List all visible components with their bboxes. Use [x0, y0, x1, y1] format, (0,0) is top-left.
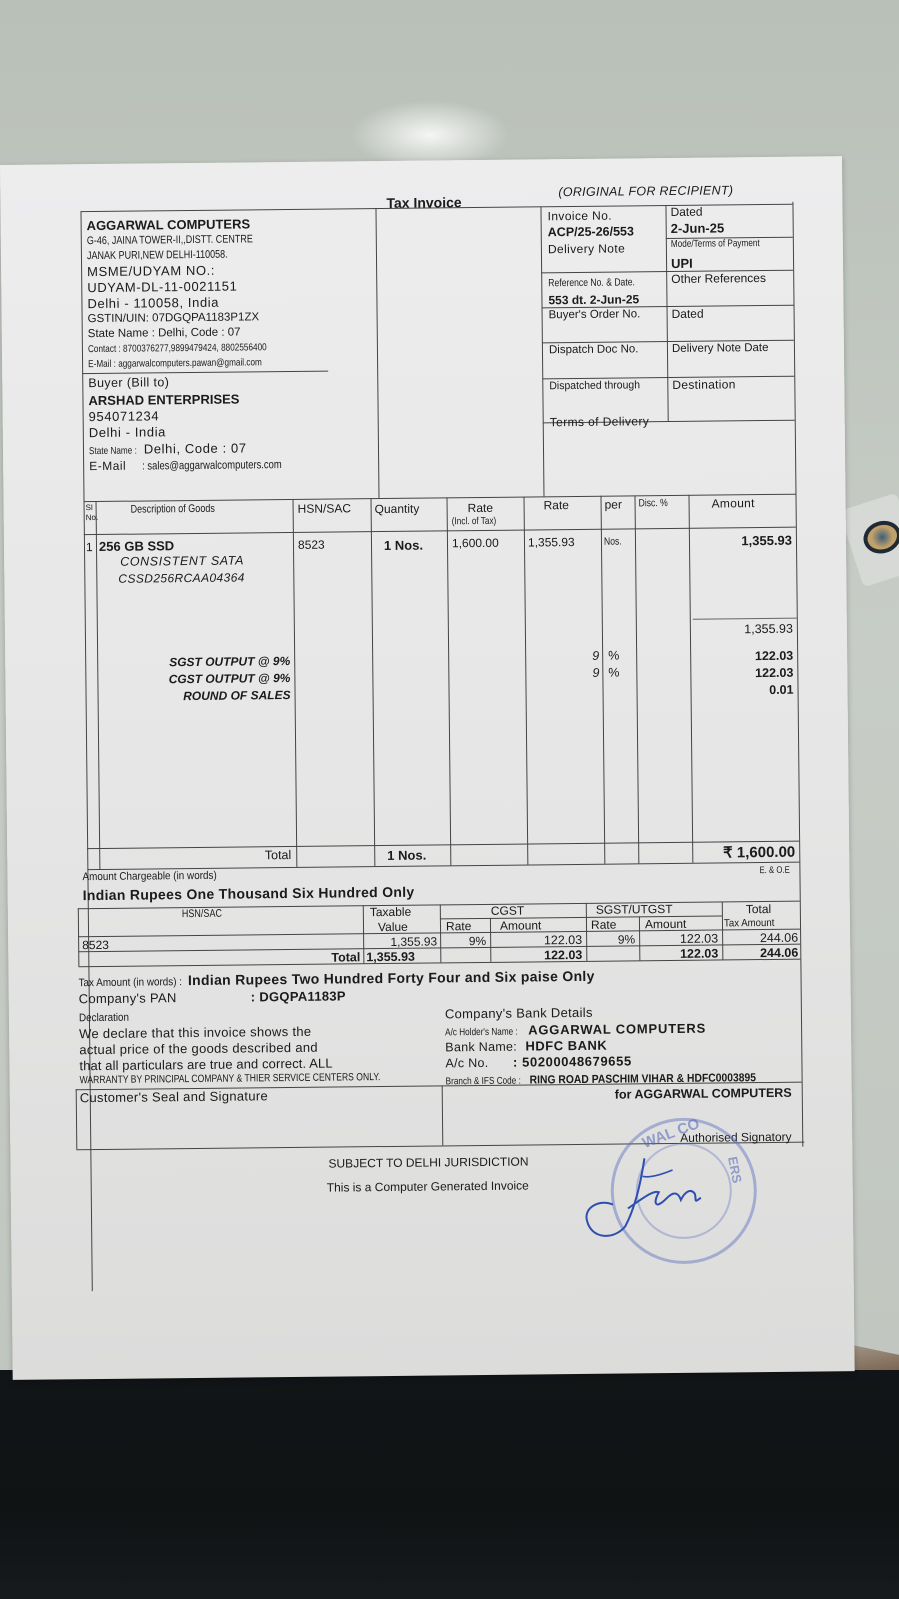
- seller-state: State Name : Delhi, Code : 07: [88, 326, 241, 340]
- seller-contact: Contact : 8700376277,9899479424, 8802556…: [88, 342, 267, 355]
- item-per: Nos.: [604, 536, 622, 548]
- tax-line-label: ROUND OF SALES: [146, 688, 291, 704]
- invoice-date: 2-Jun-25: [671, 220, 725, 236]
- seller-name: AGGARWAL COMPUTERS: [87, 216, 251, 233]
- buyer-label: Buyer (Bill to): [88, 375, 169, 390]
- item-rate: 1,355.93: [528, 535, 575, 549]
- pan-value: : DGQPA1183P: [251, 988, 346, 1004]
- msme-label: MSME/UDYAM NO.:: [87, 263, 215, 279]
- seller-city: Delhi - 110058, India: [87, 295, 219, 311]
- seller-email: E-Mail : aggarwalcomputers.pawan@gmail.c…: [88, 357, 262, 370]
- header-amount: Amount: [712, 496, 755, 510]
- col-divider-middle: [375, 208, 379, 498]
- declaration-line-2: actual price of the goods described and: [79, 1040, 318, 1057]
- account-number-label: A/c No.: [445, 1056, 488, 1070]
- reference-label: Reference No. & Date.: [548, 276, 635, 289]
- seller-address-1: G-46, JAINA TOWER-II,,DISTT. CENTRE: [87, 233, 253, 247]
- header-disc: Disc. %: [639, 497, 668, 509]
- summary-sgst-amount: 122.03: [640, 932, 718, 947]
- buyer-email-label: E-Mail: [89, 459, 126, 473]
- copy-label: (ORIGINAL FOR RECIPIENT): [558, 183, 733, 199]
- item-name: 256 GB SSD: [99, 538, 174, 554]
- udyam-number: UDYAM-DL-11-0021151: [87, 279, 237, 296]
- seller-buyer-divider: [82, 371, 328, 375]
- item-desc-2: CSSD256RCAA04364: [118, 570, 245, 585]
- summary-cgst-amount: 122.03: [492, 933, 582, 948]
- summary-cgst-rate: 9%: [442, 934, 486, 948]
- summary-header-total-sub: Tax Amount: [724, 917, 775, 930]
- tax-line-amount: 122.03: [705, 649, 793, 664]
- summary-total-tax-amount: 244.06: [724, 946, 798, 961]
- customer-seal-label: Customer's Seal and Signature: [80, 1088, 268, 1105]
- declaration-line-1: We declare that this invoice shows the: [79, 1024, 311, 1041]
- tax-line-unit: %: [608, 666, 619, 680]
- summary-header-taxable: Taxable: [370, 905, 412, 919]
- dispatched-through-label: Dispatched through: [549, 379, 640, 392]
- pan-label: Company's PAN: [79, 990, 177, 1006]
- summary-total-tax: 244.06: [724, 931, 798, 946]
- tax-line-label: CGST OUTPUT @ 9%: [145, 671, 290, 687]
- subtotal-amount: 1,355.93: [705, 622, 793, 637]
- tax-line-label: SGST OUTPUT @ 9%: [145, 654, 290, 670]
- delivery-note-date-label: Delivery Note Date: [672, 342, 769, 355]
- item-desc-1: CONSISTENT SATA: [120, 553, 244, 568]
- seller-address-2: JANAK PURI,NEW DELHI-110058.: [87, 249, 228, 262]
- payment-mode: UPI: [671, 256, 693, 271]
- background-object: [839, 493, 899, 588]
- summary-total-label: Total: [268, 950, 360, 965]
- tax-words-label: Tax Amount (in words) :: [79, 976, 183, 989]
- summary-taxable: 1,355.93: [364, 934, 437, 949]
- seller-gstin: GSTIN/UIN: 07DGQPA1183P1ZX: [88, 311, 260, 325]
- summary-header-cgst: CGST: [491, 904, 524, 918]
- dark-background: [0, 1370, 899, 1599]
- item-sl: 1: [86, 540, 93, 554]
- grand-total: ₹ 1,600.00: [695, 843, 795, 862]
- bank-holder-label: A/c Holder's Name :: [445, 1027, 518, 1039]
- tax-line-unit: %: [608, 649, 619, 663]
- declaration-label: Declaration: [79, 1012, 129, 1025]
- buyers-order-dated-label: Dated: [672, 307, 704, 321]
- tax-line-amount: 122.03: [705, 666, 793, 681]
- for-company-label: for AGGARWAL COMPUTERS: [615, 1086, 792, 1102]
- bank-holder: AGGARWAL COMPUTERS: [528, 1021, 706, 1038]
- header-hsn: HSN/SAC: [298, 501, 351, 516]
- declaration-line-3: that all particulars are true and correc…: [79, 1056, 332, 1074]
- summary-hsn: 8523: [82, 938, 109, 952]
- item-hsn: 8523: [298, 538, 325, 552]
- summary-header-cgst-amount: Amount: [500, 918, 542, 932]
- tax-amount-in-words: Indian Rupees Two Hundred Forty Four and…: [188, 968, 595, 988]
- buyer-name: ARSHAD ENTERPRISES: [88, 392, 239, 409]
- tax-line-rate: 9: [585, 649, 599, 663]
- signature-icon: [582, 1147, 743, 1249]
- item-amount: 1,355.93: [704, 533, 792, 549]
- invoice-number: ACP/25-26/553: [548, 224, 634, 239]
- total-label: Total: [207, 848, 291, 863]
- header-rate-incl: Rate: [468, 501, 494, 515]
- header-quantity: Quantity: [375, 502, 420, 516]
- summary-total-sgst: 122.03: [640, 947, 718, 962]
- other-references-label: Other References: [671, 271, 766, 286]
- buyer-city: Delhi - India: [89, 424, 166, 440]
- header-rate: Rate: [544, 498, 570, 512]
- buyer-state-value: Delhi, Code : 07: [144, 440, 247, 456]
- header-sl-no: Sl No.: [86, 503, 96, 523]
- summary-total-taxable: 1,355.93: [366, 950, 415, 965]
- summary-header-sgst-rate: Rate: [591, 918, 617, 932]
- jurisdiction-note: SUBJECT TO DELHI JURISDICTION: [328, 1155, 528, 1171]
- eye-graphic-icon: [859, 516, 899, 558]
- summary-header-sgst-amount: Amount: [645, 917, 687, 931]
- summary-header-taxable-sub: Value: [378, 920, 408, 934]
- col-divider-meta: [540, 206, 544, 496]
- amount-words-label: Amount Chargeable (in words): [82, 870, 216, 883]
- header-description: Description of Goods: [131, 503, 215, 516]
- summary-header-cgst-rate: Rate: [446, 919, 472, 933]
- bank-details-title: Company's Bank Details: [445, 1005, 593, 1022]
- frame-right: [792, 202, 803, 1147]
- delivery-note-label: Delivery Note: [548, 241, 625, 256]
- summary-sgst-rate: 9%: [588, 932, 635, 946]
- payment-mode-label: Mode/Terms of Payment: [671, 238, 760, 250]
- invoice-paper: Tax Invoice (ORIGINAL FOR RECIPIENT) AGG…: [0, 156, 855, 1380]
- buyers-order-label: Buyer's Order No.: [549, 308, 641, 321]
- dispatch-doc-label: Dispatch Doc No.: [549, 343, 639, 356]
- dated-label: Dated: [670, 205, 702, 219]
- tax-line-amount: 0.01: [705, 683, 793, 698]
- computer-generated-note: This is a Computer Generated Invoice: [327, 1179, 529, 1195]
- summary-total-cgst: 122.03: [492, 948, 582, 963]
- buyer-email-value: : sales@aggarwalcomputers.com: [143, 459, 283, 472]
- declaration-line-4: WARRANTY BY PRINCIPAL COMPANY & THIER SE…: [80, 1071, 381, 1086]
- invoice-no-label: Invoice No.: [547, 209, 612, 224]
- tax-line-rate: 9: [585, 666, 599, 680]
- item-rate-incl: 1,600.00: [452, 536, 499, 550]
- destination-label: Destination: [672, 377, 735, 392]
- reference-value: 553 dt. 2-Jun-25: [548, 292, 639, 307]
- bank-name-label: Bank Name:: [445, 1040, 517, 1055]
- account-number: : 50200048679655: [513, 1053, 632, 1069]
- summary-header-sgst: SGST/UTGST: [596, 902, 673, 917]
- eoe-label: E. & O.E: [759, 865, 789, 876]
- item-quantity: 1 Nos.: [384, 538, 423, 553]
- summary-header-hsn: HSN/SAC: [182, 908, 222, 920]
- header-per: per: [605, 498, 622, 512]
- amount-in-words: Indian Rupees One Thousand Six Hundred O…: [83, 884, 415, 903]
- summary-header-total: Total: [746, 902, 772, 916]
- total-quantity: 1 Nos.: [387, 848, 426, 863]
- header-rate-incl-sub: (Incl. of Tax): [452, 516, 497, 527]
- bank-name: HDFC BANK: [525, 1038, 607, 1054]
- buyer-state-label: State Name :: [89, 446, 137, 458]
- terms-of-delivery-label: Terms of Delivery: [550, 414, 650, 429]
- buyer-phone: 954071234: [89, 408, 160, 424]
